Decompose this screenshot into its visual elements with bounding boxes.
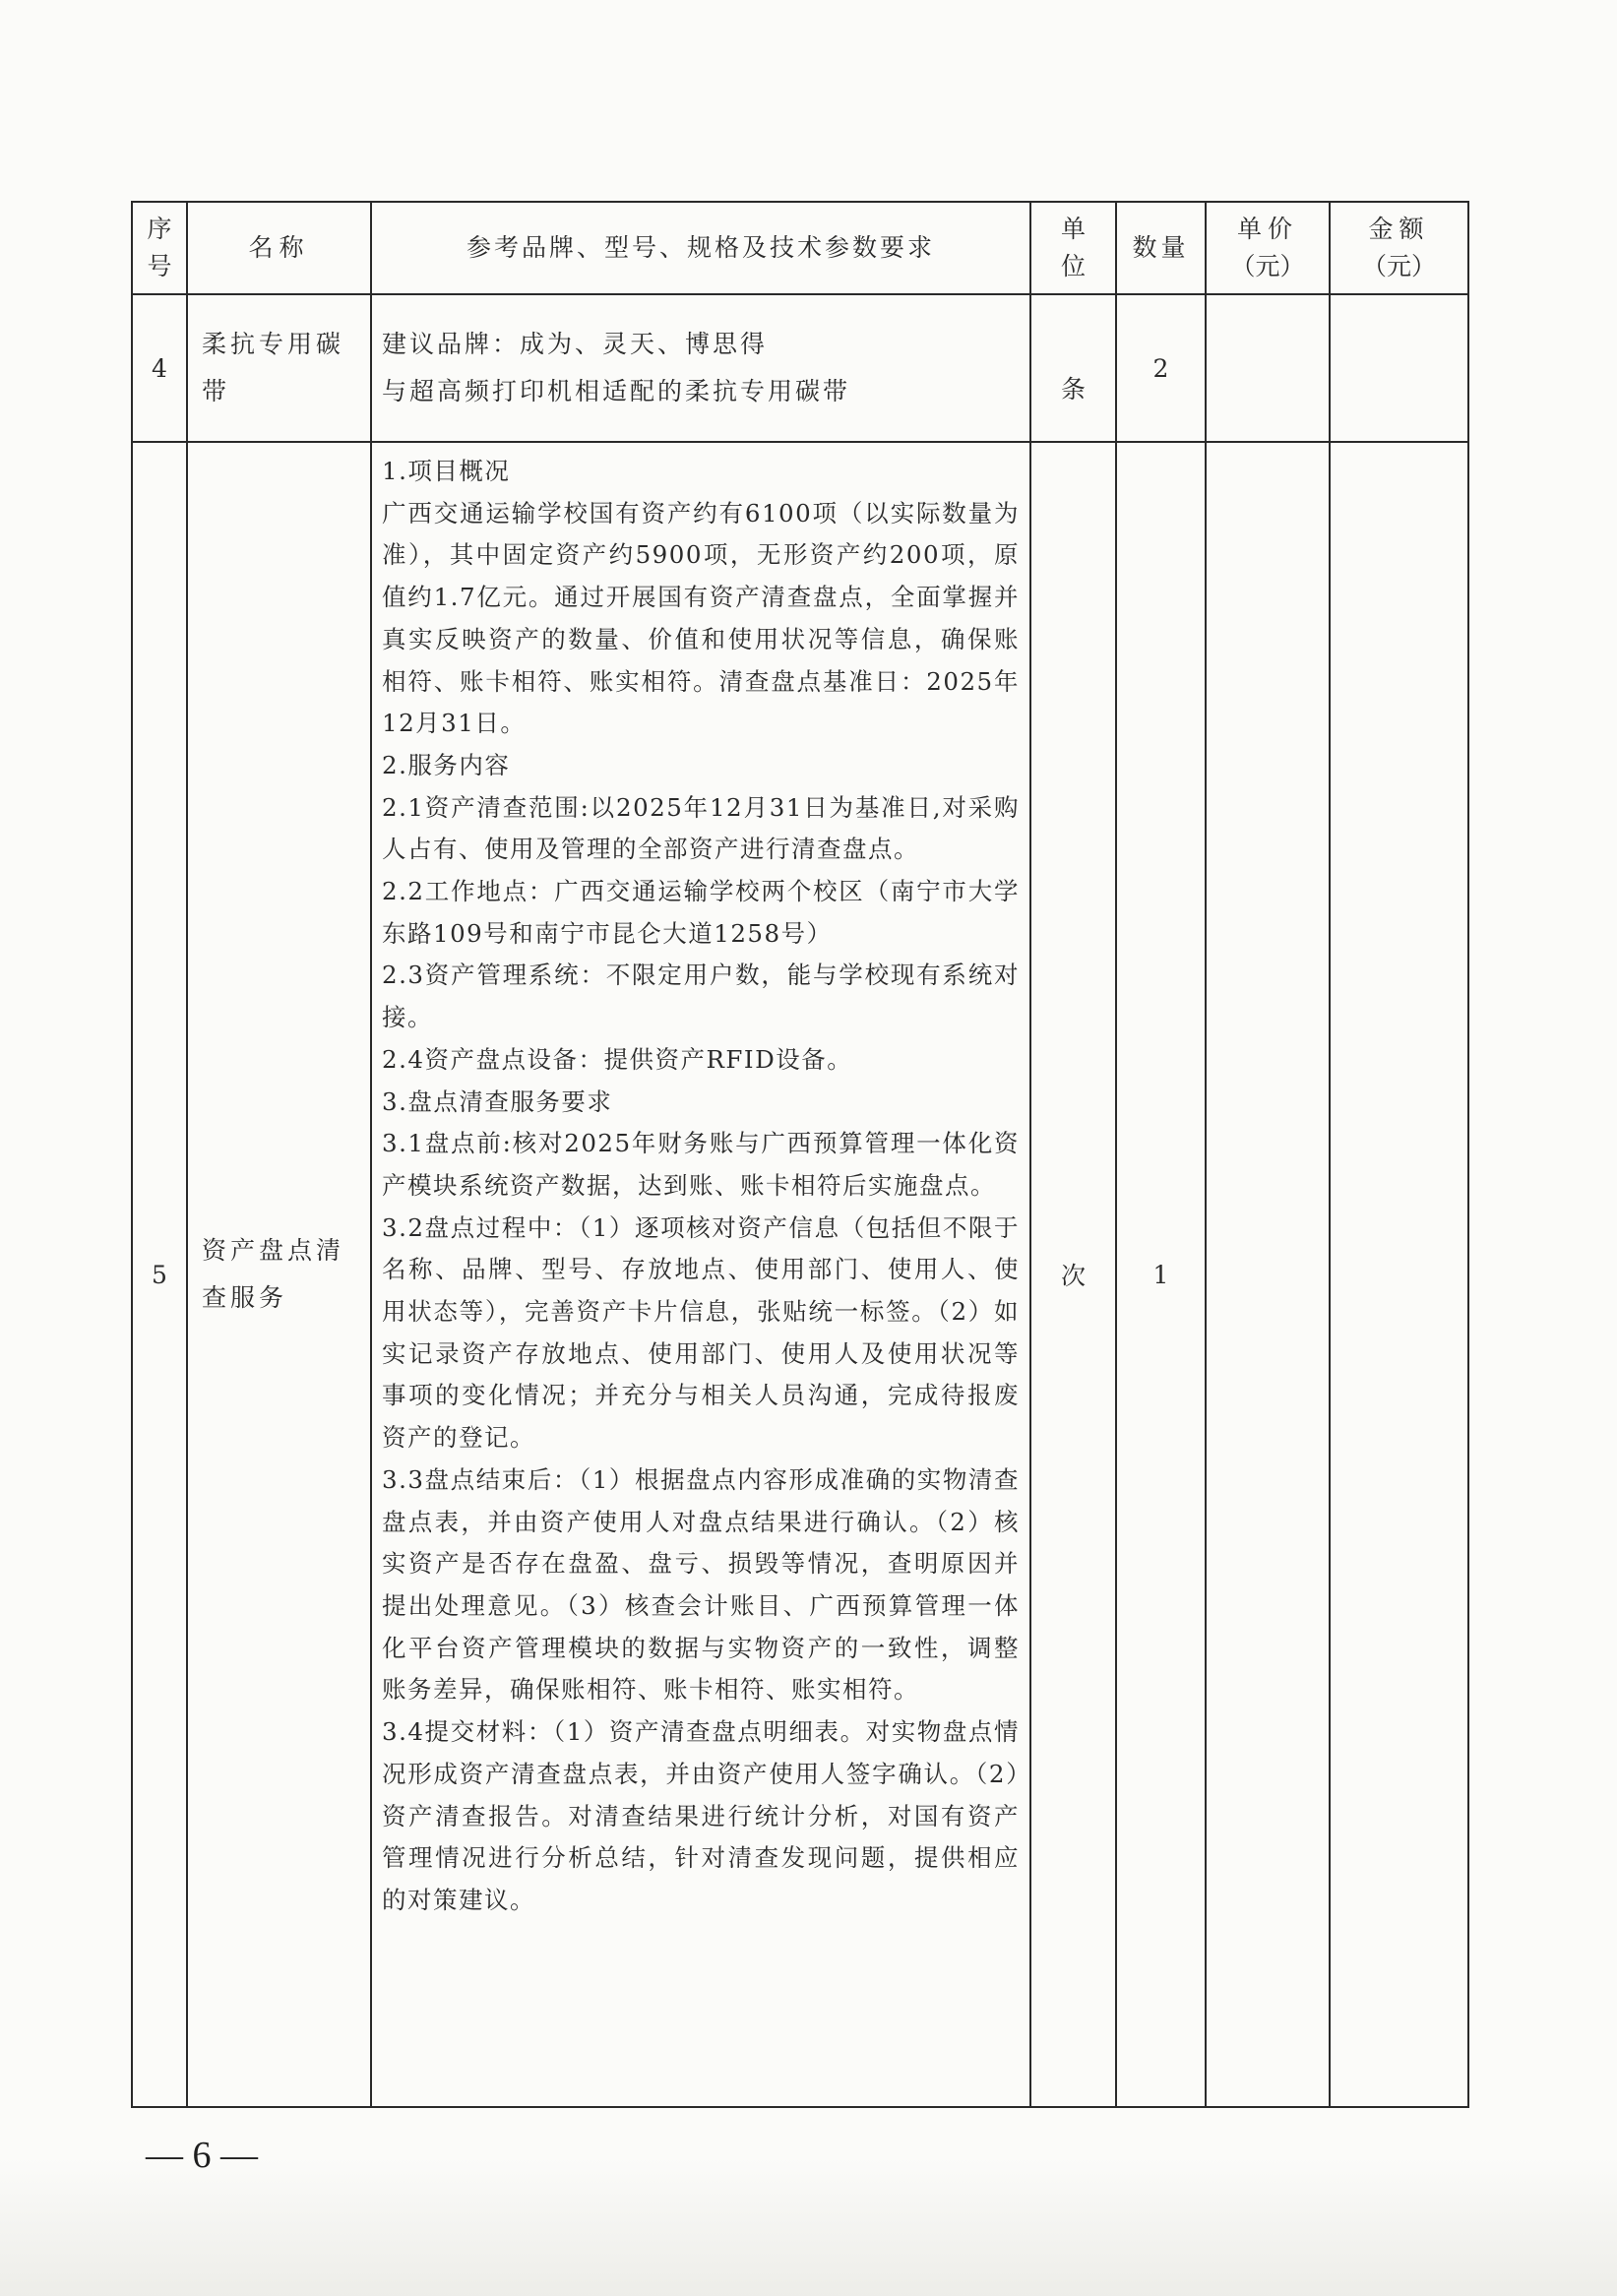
spec-paragraph: 2.2工作地点：广西交通运输学校两个校区（南宁市大学东路109号和南宁市昆仑大道… [382,871,1020,955]
row-unit: 条 [1030,294,1116,442]
row-unit: 次 [1030,442,1116,2107]
spec-paragraph: 2.1资产清查范围:以2025年12月31日为基准日,对采购人占有、使用及管理的… [382,787,1020,871]
header-amount: 金额 （元） [1330,202,1468,294]
spec-paragraph: 2.3资产管理系统：不限定用户数，能与学校现有系统对接。 [382,955,1020,1038]
header-name: 名称 [187,202,371,294]
page-shadow [0,2158,1617,2296]
table-header-row: 序 号 名称 参考品牌、型号、规格及技术参数要求 单 位 数量 单价 （元） 金… [132,202,1468,294]
page-number: — 6 — [146,2134,258,2177]
row-amount [1330,442,1468,2107]
row-spec: 建议品牌：成为、灵天、博思得 与超高频打印机相适配的柔抗专用碳带 [371,294,1030,442]
spec-paragraph: 3.1盘点前:核对2025年财务账与广西预算管理一体化资产模块系统资产数据，达到… [382,1123,1020,1207]
procurement-spec-table: 序 号 名称 参考品牌、型号、规格及技术参数要求 单 位 数量 单价 （元） 金… [131,201,1469,2108]
spec-paragraph: 3.盘点清查服务要求 [382,1082,1020,1124]
row-amount [1330,294,1468,442]
header-unit-line2: 位 [1031,248,1115,285]
spec-paragraph: 2.4资产盘点设备：提供资产RFID设备。 [382,1039,1020,1082]
header-seq-line2: 号 [133,248,186,285]
row-unit-price [1206,442,1330,2107]
row-quantity: 1 [1116,442,1206,2107]
row-seq: 4 [132,294,187,442]
header-amount-line2: （元） [1331,248,1467,285]
spec-line: 与超高频打印机相适配的柔抗专用碳带 [382,368,1020,415]
header-unit: 单 位 [1030,202,1116,294]
row-unit-price [1206,294,1330,442]
header-seq: 序 号 [132,202,187,294]
spec-paragraph: 1.项目概况 [382,451,1020,493]
header-seq-line1: 序 [133,211,186,248]
row-name: 柔抗专用碳带 [187,294,371,442]
row-seq: 5 [132,442,187,2107]
table-row: 4 柔抗专用碳带 建议品牌：成为、灵天、博思得 与超高频打印机相适配的柔抗专用碳… [132,294,1468,442]
header-amount-line1: 金额 [1331,211,1467,248]
spec-paragraph: 3.3盘点结束后：（1）根据盘点内容形成准确的实物清查盘点表，并由资产使用人对盘… [382,1459,1020,1711]
header-quantity: 数量 [1116,202,1206,294]
spec-paragraph: 3.4提交材料：（1）资产清查盘点明细表。对实物盘点情况形成资产清查盘点表，并由… [382,1711,1020,1922]
row-spec: 1.项目概况 广西交通运输学校国有资产约有6100项（以实际数量为准），其中固定… [371,442,1030,2107]
header-unit-price-line1: 单价 [1207,211,1329,248]
spec-paragraph: 3.2盘点过程中：（1）逐项核对资产信息（包括但不限于名称、品牌、型号、存放地点… [382,1208,1020,1459]
table-row: 5 资产盘点清查服务 1.项目概况 广西交通运输学校国有资产约有6100项（以实… [132,442,1468,2107]
header-spec: 参考品牌、型号、规格及技术参数要求 [371,202,1030,294]
header-unit-line1: 单 [1031,211,1115,248]
header-unit-price-line2: （元） [1207,248,1329,285]
row-quantity: 2 [1116,294,1206,442]
spec-paragraph: 2.服务内容 [382,745,1020,787]
header-unit-price: 单价 （元） [1206,202,1330,294]
spec-line: 建议品牌：成为、灵天、博思得 [382,321,1020,368]
row-name: 资产盘点清查服务 [187,442,371,2107]
spec-paragraph: 广西交通运输学校国有资产约有6100项（以实际数量为准），其中固定资产约5900… [382,493,1020,745]
row-unit-text: 条 [1031,331,1115,405]
